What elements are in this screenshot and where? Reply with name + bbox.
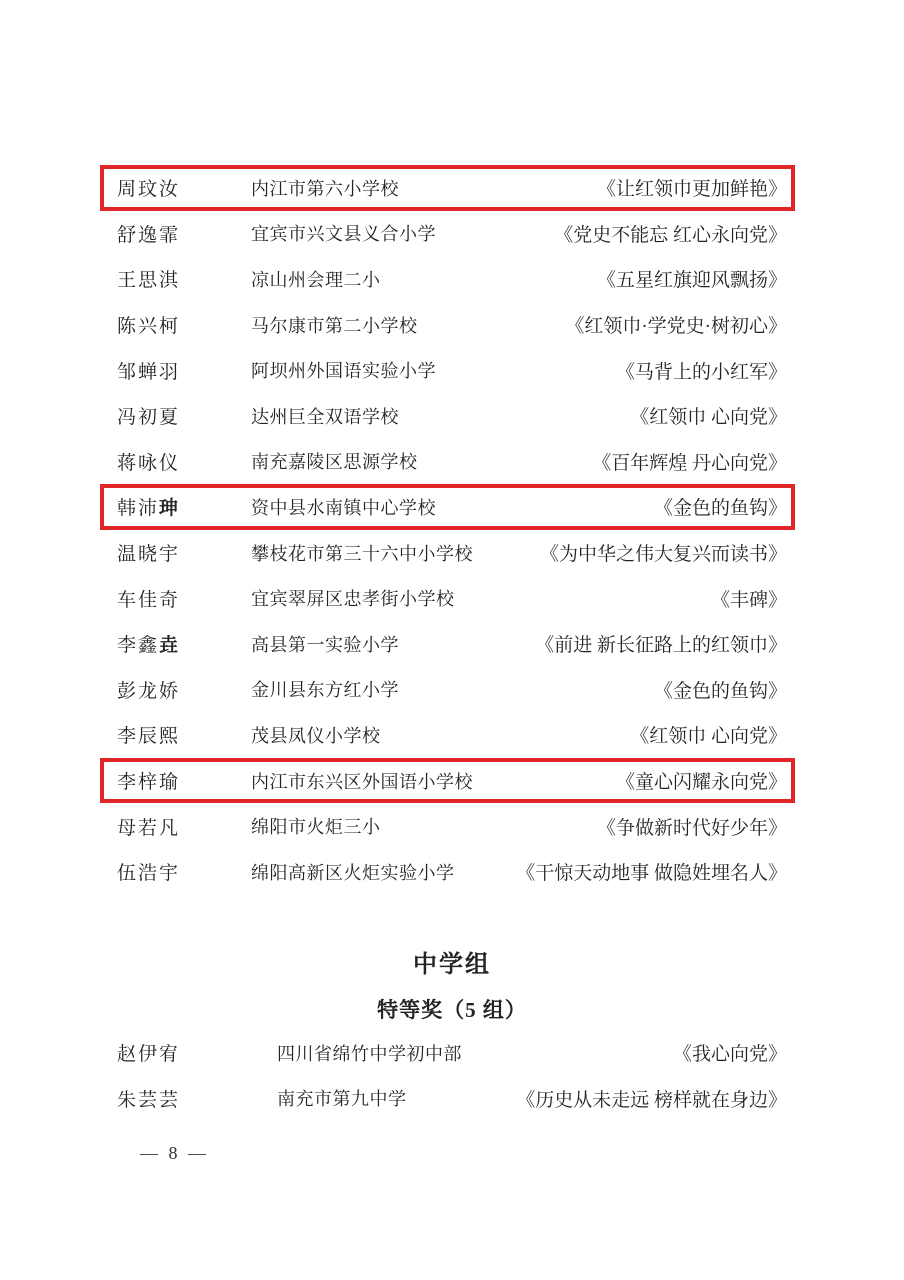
award-row: 李鑫垚 高县第一实验小学 《前进 新长征路上的红领巾》 — [100, 621, 795, 667]
school-name: 四川省绵竹中学初中部 — [277, 1040, 462, 1066]
award-row: 彭龙娇 金川县东方红小学 《金色的鱼钩》 — [100, 667, 795, 713]
work-title: 《前进 新长征路上的红领巾》 — [535, 630, 787, 657]
awardee-name: 邹蝉羽 — [117, 357, 251, 384]
awardee-name-text: 赵伊宥 — [117, 1044, 180, 1065]
awardee-name-text: 李辰熙 — [117, 726, 180, 747]
school-name: 内江市东兴区外国语小学校 — [251, 768, 473, 794]
awardee-name-text: 韩沛 — [117, 498, 159, 519]
awardee-name-text: 邹蝉羽 — [117, 362, 180, 383]
awardee-name: 温晓宇 — [117, 539, 251, 566]
award-row: 母若凡 绵阳市火炬三小 《争做新时代好少年》 — [100, 803, 795, 849]
work-title: 《百年辉煌 丹心向党》 — [592, 448, 787, 475]
school-name: 高县第一实验小学 — [251, 631, 399, 657]
page-number: — 8 — — [140, 1143, 209, 1164]
award-row: 伍浩宇 绵阳高新区火炬实验小学 《干惊天动地事 做隐姓埋名人》 — [100, 849, 795, 895]
work-title: 《历史从未走远 榜样就在身边》 — [516, 1085, 787, 1112]
awardee-name: 彭龙娇 — [117, 676, 251, 703]
work-title: 《党史不能忘 红心永向党》 — [554, 220, 787, 247]
awardee-name-text: 车佳奇 — [117, 590, 180, 611]
school-name: 达州巨全双语学校 — [251, 403, 399, 429]
awardee-name-text: 王思淇 — [117, 270, 180, 291]
awardee-name-bold-char: 垚 — [159, 635, 178, 656]
awardee-name: 母若凡 — [117, 813, 251, 840]
awardee-name: 伍浩宇 — [117, 858, 251, 885]
school-name: 凉山州会理二小 — [251, 266, 381, 292]
awardee-name-text: 陈兴柯 — [117, 316, 180, 337]
awardee-name-text: 李梓瑜 — [117, 772, 180, 793]
awardee-name: 朱芸芸 — [117, 1085, 277, 1112]
award-row: 陈兴柯 马尔康市第二小学校 《红领巾·学党史·树初心》 — [100, 302, 795, 348]
awardee-name-text: 母若凡 — [117, 818, 180, 839]
school-name: 南充市第九中学 — [277, 1085, 407, 1111]
award-row: 王思淇 凉山州会理二小 《五星红旗迎风飘扬》 — [100, 256, 795, 302]
awardee-name-text: 李鑫 — [117, 635, 159, 656]
award-row: 舒逸霏 宜宾市兴文县义合小学 《党史不能忘 红心永向党》 — [100, 211, 795, 257]
primary-award-list: 周玟汝 内江市第六小学校 《让红领巾更加鲜艳》 舒逸霏 宜宾市兴文县义合小学 《… — [100, 165, 795, 895]
awardee-name-text: 舒逸霏 — [117, 225, 180, 246]
awardee-name-text: 蒋咏仪 — [117, 453, 180, 474]
work-title: 《五星红旗迎风飘扬》 — [597, 265, 787, 292]
school-name: 绵阳高新区火炬实验小学 — [251, 859, 455, 885]
work-title: 《争做新时代好少年》 — [597, 813, 787, 840]
work-title: 《马背上的小红军》 — [616, 357, 787, 384]
awardee-name-text: 朱芸芸 — [117, 1090, 180, 1111]
award-row: 赵伊宥 四川省绵竹中学初中部 《我心向党》 — [100, 1030, 795, 1076]
awardee-name-text: 彭龙娇 — [117, 681, 180, 702]
awardee-name: 陈兴柯 — [117, 311, 251, 338]
school-name: 绵阳市火炬三小 — [251, 813, 381, 839]
school-name: 茂县凤仪小学校 — [251, 722, 381, 748]
work-title: 《金色的鱼钩》 — [654, 493, 787, 520]
school-name: 内江市第六小学校 — [251, 175, 399, 201]
document-page: 周玟汝 内江市第六小学校 《让红领巾更加鲜艳》 舒逸霏 宜宾市兴文县义合小学 《… — [0, 0, 904, 1280]
section-heading: 中学组 — [0, 944, 904, 979]
school-name: 南充嘉陵区思源学校 — [251, 448, 418, 474]
awardee-name: 王思淇 — [117, 265, 251, 292]
subsection-heading: 特等奖（5 组） — [0, 994, 904, 1024]
work-title: 《让红领巾更加鲜艳》 — [597, 174, 787, 201]
awardee-name: 周玟汝 — [117, 174, 251, 201]
award-row: 李辰熙 茂县凤仪小学校 《红领巾 心向党》 — [100, 712, 795, 758]
school-name: 阿坝州外国语实验小学 — [251, 357, 436, 383]
awardee-name: 李辰熙 — [117, 721, 251, 748]
award-row-highlighted: 周玟汝 内江市第六小学校 《让红领巾更加鲜艳》 — [100, 165, 795, 211]
awardee-name-text: 冯初夏 — [117, 407, 180, 428]
work-title: 《红领巾 心向党》 — [630, 721, 787, 748]
award-row: 朱芸芸 南充市第九中学 《历史从未走远 榜样就在身边》 — [100, 1076, 795, 1122]
work-title: 《红领巾 心向党》 — [630, 402, 787, 429]
award-row: 车佳奇 宜宾翠屏区忠孝街小学校 《丰碑》 — [100, 575, 795, 621]
award-row: 冯初夏 达州巨全双语学校 《红领巾 心向党》 — [100, 393, 795, 439]
work-title: 《金色的鱼钩》 — [654, 676, 787, 703]
award-row-highlighted: 李梓瑜 内江市东兴区外国语小学校 《童心闪耀永向党》 — [100, 758, 795, 804]
school-name: 宜宾市兴文县义合小学 — [251, 220, 436, 246]
awardee-name-text: 伍浩宇 — [117, 863, 180, 884]
awardee-name: 赵伊宥 — [117, 1039, 277, 1066]
awardee-name: 李梓瑜 — [117, 767, 251, 794]
award-row: 温晓宇 攀枝花市第三十六中小学校 《为中华之伟大复兴而读书》 — [100, 530, 795, 576]
school-name: 金川县东方红小学 — [251, 676, 399, 702]
awardee-name: 韩沛珅 — [117, 493, 251, 520]
award-row: 蒋咏仪 南充嘉陵区思源学校 《百年辉煌 丹心向党》 — [100, 439, 795, 485]
awardee-name-text: 温晓宇 — [117, 544, 180, 565]
work-title: 《我心向党》 — [673, 1039, 787, 1066]
school-name: 宜宾翠屏区忠孝街小学校 — [251, 585, 455, 611]
awardee-name: 蒋咏仪 — [117, 448, 251, 475]
work-title: 《童心闪耀永向党》 — [616, 767, 787, 794]
award-row: 邹蝉羽 阿坝州外国语实验小学 《马背上的小红军》 — [100, 347, 795, 393]
work-title: 《干惊天动地事 做隐姓埋名人》 — [516, 858, 787, 885]
awardee-name-bold-char: 珅 — [159, 498, 178, 519]
award-row-highlighted: 韩沛珅 资中县水南镇中心学校 《金色的鱼钩》 — [100, 484, 795, 530]
awardee-name-text: 周玟汝 — [117, 179, 180, 200]
work-title: 《为中华之伟大复兴而读书》 — [540, 539, 787, 566]
awardee-name: 舒逸霏 — [117, 220, 251, 247]
awardee-name: 李鑫垚 — [117, 630, 251, 657]
work-title: 《丰碑》 — [711, 585, 787, 612]
school-name: 资中县水南镇中心学校 — [251, 494, 436, 520]
work-title: 《红领巾·学党史·树初心》 — [565, 311, 787, 338]
school-name: 攀枝花市第三十六中小学校 — [251, 540, 473, 566]
school-name: 马尔康市第二小学校 — [251, 312, 418, 338]
awardee-name: 冯初夏 — [117, 402, 251, 429]
secondary-award-list: 赵伊宥 四川省绵竹中学初中部 《我心向党》 朱芸芸 南充市第九中学 《历史从未走… — [100, 1030, 795, 1121]
awardee-name: 车佳奇 — [117, 585, 251, 612]
